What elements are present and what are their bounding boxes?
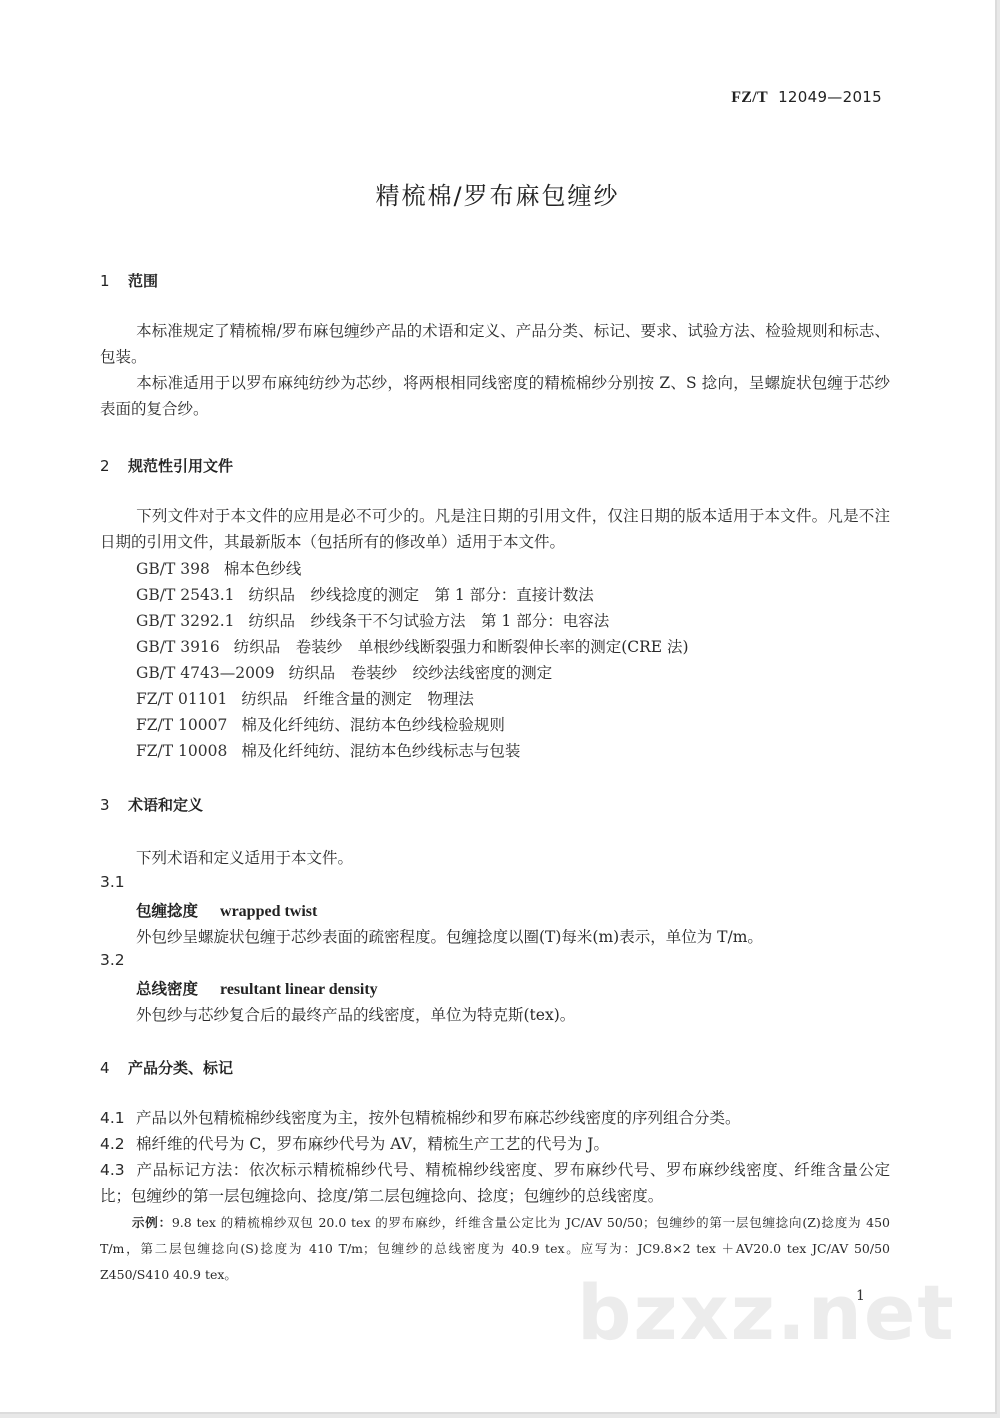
section-number: 4 — [100, 1059, 128, 1077]
page-number: 1 — [856, 1288, 865, 1304]
clause-4-3: 4.3产品标记方法：依次标示精梳棉纱代号、精梳棉纱线密度、罗布麻纱代号、罗布麻纱… — [100, 1157, 890, 1209]
section-title: 规范性引用文件 — [128, 457, 233, 475]
term-heading: 总线密度resultant linear density — [136, 977, 378, 999]
section-number: 3 — [100, 796, 128, 814]
reference-item: FZ/T 10007棉及化纤纯纺、混纺本色纱线检验规则 — [136, 713, 505, 735]
section-heading-1: 1范围 — [100, 270, 158, 291]
reference-item: GB/T 398棉本色纱线 — [136, 557, 301, 579]
section-number: 1 — [100, 272, 128, 290]
document-page: FZ/T 12049—2015 精梳棉/罗布麻包缠纱 1范围 本标准规定了精梳棉… — [0, 0, 997, 1414]
term-definition: 外包纱呈螺旋状包缠于芯纱表面的疏密程度。包缠捻度以圈(T)每米(m)表示，单位为… — [136, 925, 763, 947]
section-title: 产品分类、标记 — [128, 1059, 233, 1077]
reference-item: FZ/T 10008棉及化纤纯纺、混纺本色纱线标志与包装 — [136, 739, 520, 761]
term-en: wrapped twist — [220, 903, 317, 920]
references-intro: 下列文件对于本文件的应用是必不可少的。凡是注日期的引用文件，仅注日期的版本适用于… — [100, 503, 890, 555]
term-zh: 包缠捻度 — [136, 902, 198, 920]
reference-item: FZ/T 01101纺织品 纤维含量的测定 物理法 — [136, 687, 474, 709]
scope-paragraph-1: 本标准规定了精梳棉/罗布麻包缠纱产品的术语和定义、产品分类、标记、要求、试验方法… — [100, 318, 890, 370]
standard-number: 12049—2015 — [778, 88, 882, 106]
standard-code: FZ/T 12049—2015 — [731, 88, 882, 107]
term-definition: 外包纱与芯纱复合后的最终产品的线密度，单位为特克斯(tex)。 — [136, 1003, 575, 1025]
section-heading-3: 3术语和定义 — [100, 794, 203, 815]
reference-item: GB/T 3292.1纺织品 纱线条干不匀试验方法 第 1 部分：电容法 — [136, 609, 609, 631]
term-zh: 总线密度 — [136, 980, 198, 998]
reference-item: GB/T 2543.1纺织品 纱线捻度的测定 第 1 部分：直接计数法 — [136, 583, 594, 605]
watermark: bzxz.net — [577, 1268, 956, 1357]
document-title: 精梳棉/罗布麻包缠纱 — [0, 176, 995, 211]
section-number: 2 — [100, 457, 128, 475]
section-heading-4: 4产品分类、标记 — [100, 1057, 233, 1078]
term-en: resultant linear density — [220, 981, 378, 998]
section-title: 范围 — [128, 272, 158, 290]
section-heading-2: 2规范性引用文件 — [100, 455, 233, 476]
term-heading: 包缠捻度wrapped twist — [136, 899, 317, 921]
term-number: 3.2 — [100, 951, 125, 969]
reference-item: GB/T 3916纺织品 卷装纱 单根纱线断裂强力和断裂伸长率的测定(CRE 法… — [136, 635, 689, 657]
terms-intro: 下列术语和定义适用于本文件。 — [136, 846, 353, 868]
term-number: 3.1 — [100, 873, 125, 891]
scope-paragraph-2: 本标准适用于以罗布麻纯纺纱为芯纱，将两根相同线密度的精梳棉纱分别按 Z、S 捻向… — [100, 370, 890, 422]
example-label: 示例： — [132, 1215, 172, 1230]
clause-4-1: 4.1产品以外包精梳棉纱线密度为主，按外包精梳棉纱和罗布麻芯纱线密度的序列组合分… — [100, 1105, 890, 1131]
section-title: 术语和定义 — [128, 796, 203, 814]
standard-prefix: FZ/T — [731, 89, 768, 106]
clause-4-2: 4.2棉纤维的代号为 C，罗布麻纱代号为 AV，精梳生产工艺的代号为 J。 — [100, 1131, 890, 1157]
reference-item: GB/T 4743—2009纺织品 卷装纱 绞纱法线密度的测定 — [136, 661, 552, 683]
